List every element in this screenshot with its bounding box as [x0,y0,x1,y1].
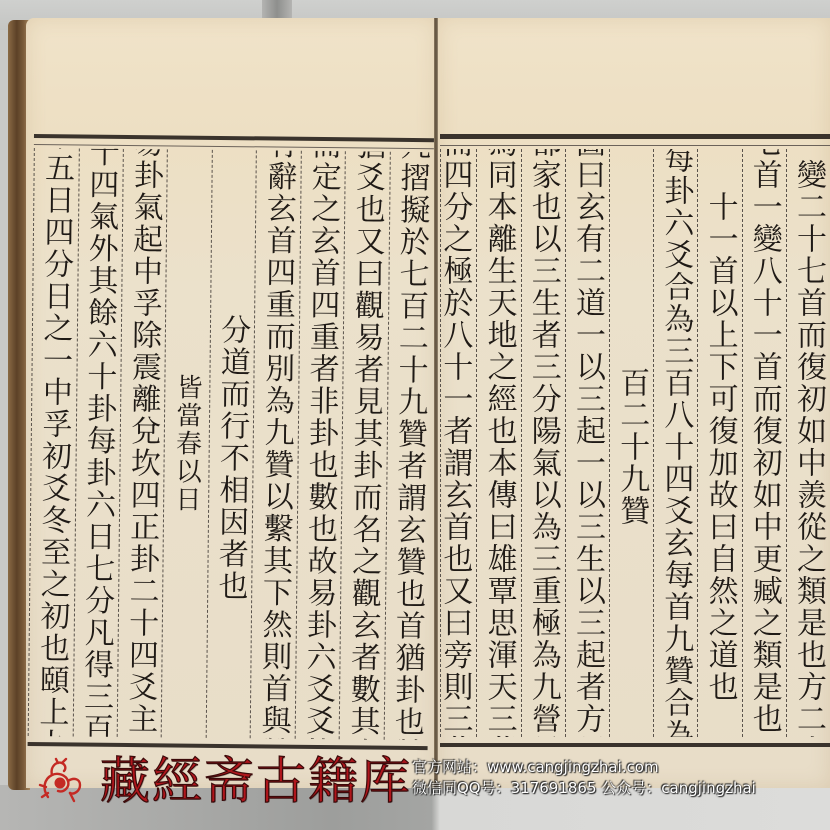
column-text: 猶爻也又曰觀易者見其卦而名之觀玄者數其畫 [339,151,389,739]
text-column: 有辭玄首四重而別為九贊以繫其下然則首與贊 [250,150,301,738]
column-text: 分道而行不相因者也 [208,314,254,602]
text-column: 猶爻也又曰觀易者見其卦而名之觀玄者數其畫 [339,151,390,739]
right-page-frame: 一變二十七首而復初如中羨從之類是也方二十 七首一變八十一首而復初如中更臧之類是也… [440,134,830,747]
contact-line: 微信同QQ号：317691865 公众号：cangjingzhai [412,778,756,799]
column-text: 易每卦六爻合為三百八十四爻玄每首九贊合為七 [654,149,697,737]
text-column: 十一首以上下可復加故曰自然之道也 [697,149,741,737]
book-gutter [434,18,438,788]
watermark-info: 官方网站：www.cangjingzhai.com 微信同QQ号：3176918… [412,757,756,799]
text-column: 皆當春以日 [161,149,212,737]
column-text: 百二十九贊 [610,367,653,527]
column-text: 十一首以上下可復加故曰自然之道也 [698,191,741,703]
text-column: 而定之玄首四重者非卦也數也故易卦六爻爻皆 [294,151,345,739]
column-text: 而四分之極於八十一者謂玄首也又曰旁則三摹 [441,149,476,737]
text-column: 而四分之極於八十一者謂玄首也又曰旁則三摹 [440,149,476,737]
text-column: 易每卦六爻合為三百八十四爻玄每首九贊合為七 [653,149,697,737]
column-text: 而定之玄首四重者非卦也數也故易卦六爻爻皆 [295,151,345,739]
column-text: 易卦氣起中孚除震離兌坎四正卦二十四爻主二 [117,149,167,737]
text-column: 部家也以三生者三分陽氣以為三重極為九營是 [521,149,565,737]
dragon-seal-icon [36,757,84,803]
website-label: 官方网站： [412,758,487,776]
text-column: 十五日四分日之一中孚初爻冬至之初也頤上九大 [28,148,79,736]
text-column: 易卦氣起中孚除震離兌坎四正卦二十四爻主二 [117,149,168,737]
column-text: 七首一變八十一首而復初如中更臧之類是也八 [743,149,786,737]
column-text: 十四氣外其餘六十卦每卦六日七分凡得三百六 [73,148,123,736]
text-column: 為同本離生天地之經也本傳曰雄覃思渾天三摹 [476,149,520,737]
left-page-columns: 九摺擬於七百二十九贊者謂玄贊也首猶卦也贊 猶爻也又曰觀易者見其卦而名之觀玄者數其… [28,148,434,740]
text-column: 圖曰玄有二道一以三起一以三生以三起者方州 [565,149,609,737]
column-text: 部家也以三生者三分陽氣以為三重極為九營是 [522,149,565,737]
column-text: 皆當春以日 [164,373,209,513]
column-text: 九摺擬於七百二十九贊者謂玄贊也首猶卦也贊 [384,152,434,740]
text-column: 分道而行不相因者也 [205,150,256,738]
website-line: 官方网站：www.cangjingzhai.com [412,757,756,778]
watermark-title: 藏經斋古籍库 [100,752,412,810]
column-text: 為同本離生天地之經也本傳曰雄覃思渾天三摹 [477,149,520,737]
column-text: 圖曰玄有二道一以三起一以三生以三起者方州 [566,149,609,737]
text-column: 七首一變八十一首而復初如中更臧之類是也八 [742,149,786,737]
book-scan: 一變二十七首而復初如中羨從之類是也方二十 七首一變八十一首而復初如中更臧之類是也… [0,0,830,830]
text-column: 十四氣外其餘六十卦每卦六日七分凡得三百六 [72,148,123,736]
column-text: 十五日四分日之一中孚初爻冬至之初也頤上九大 [28,148,78,736]
column-text: 有辭玄首四重而別為九贊以繫其下然則首與贊 [251,150,301,738]
text-column: 一變二十七首而復初如中羨從之類是也方二十 [786,149,830,737]
frame-rule [440,145,830,146]
right-page-columns: 一變二十七首而復初如中羨從之類是也方二十 七首一變八十一首而復初如中更臧之類是也… [440,149,830,737]
text-column: 百二十九贊 [609,149,653,737]
text-column: 九摺擬於七百二十九贊者謂玄贊也首猶卦也贊 [383,152,434,740]
column-text: 一變二十七首而復初如中羨從之類是也方二十 [787,149,830,737]
left-page-frame: 九摺擬於七百二十九贊者謂玄贊也首猶卦也贊 猶爻也又曰觀易者見其卦而名之觀玄者數其… [28,134,434,750]
website-url: www.cangjingzhai.com [487,758,659,776]
